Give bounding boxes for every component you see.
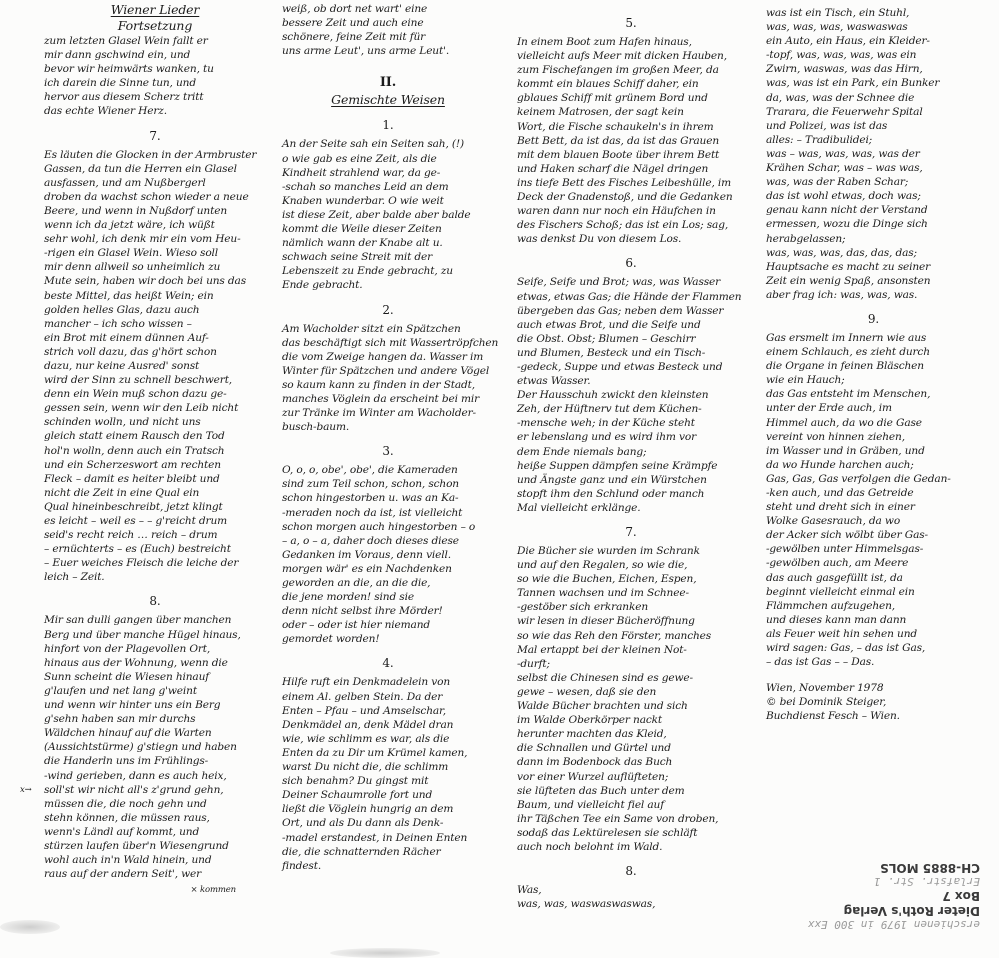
text-line: mir denn allweil so unheimlich zu [44, 260, 266, 274]
text-line: Gedanken im Voraus, denn viell. [282, 548, 494, 562]
text-line: hervor aus diesem Scherz tritt [44, 90, 266, 104]
text-line: bessere Zeit und auch eine [282, 16, 494, 30]
verse-block: An der Seite sah ein Seiten sah, (!)o wi… [282, 137, 494, 292]
text-line: ein Brot mit einem dünnen Auf- [44, 331, 266, 345]
text-line: stürzen laufen über'n Wiesengrund [44, 839, 266, 853]
text-line: Der Hausschuh zwickt den kleinsten [517, 388, 745, 402]
text-line: -wind gerieben, dann es auch heix, [44, 769, 266, 783]
section-heading: Gemischte Weisen [282, 92, 494, 108]
text-line: Bett Bett, da ist das, da ist das Grauen [517, 134, 745, 148]
text-line: wir lesen in dieser Bücheröffnung [517, 614, 745, 628]
text-line: ermessen, wozu die Dinge sich [766, 217, 981, 231]
text-line: leich – Zeit. [44, 570, 266, 584]
verse-block: In einem Boot zum Hafen hinaus,vielleich… [517, 35, 745, 246]
text-line: Was, [517, 883, 745, 897]
text-line: wird sagen: Gas, – das ist Gas, [766, 641, 981, 655]
text-line: Mir san dulli gangen über manchen [44, 613, 266, 627]
text-line: Wort, die Fische schaukeln's in ihrem [517, 120, 745, 134]
text-line: Lebenszeit zu Ende gebracht, zu [282, 264, 494, 278]
text-line: Mute sein, haben wir doch bei uns das [44, 274, 266, 288]
text-line: alles: – Tradibulidei; [766, 133, 981, 147]
text-line: raus auf der andern Seit', wer [44, 867, 266, 881]
text-line: Gassen, da tun die Herren ein Glasel [44, 162, 266, 176]
text-line: als Feuer weit hin sehen und [766, 627, 981, 641]
text-line: ist diese Zeit, aber balde aber balde [282, 208, 494, 222]
text-line: g'laufen und net lang g'weint [44, 684, 266, 698]
text-line: mancher – ich scho wissen – [44, 317, 266, 331]
text-line: was, was der Raben Schar; [766, 175, 981, 189]
text-line: Seife, Seife und Brot; was, was Wasser [517, 275, 745, 289]
text-line: hinfort von der Plagevollen Ort, [44, 642, 266, 656]
text-line: strich voll dazu, das g'hört schon [44, 345, 266, 359]
text-line: -gestöber sich erkranken [517, 600, 745, 614]
verse-block: Hilfe ruft ein Denkmadelein voneinem Al.… [282, 675, 494, 872]
text-line: was, was ist ein Park, ein Bunker [766, 76, 981, 90]
text-line: ich darein die Sinne tun, und [44, 76, 266, 90]
text-line: die vom Zweige hangen da. Wasser im [282, 350, 494, 364]
text-line: was – was, was, was, was der [766, 147, 981, 161]
text-line: uns arme Leut', uns arme Leut'. [282, 44, 494, 58]
text-line: was, was, waswaswaswas, [517, 897, 745, 911]
text-line: etwas, etwas Gas; die Hände der Flammen [517, 290, 745, 304]
text-line: ließt die Vöglein hungrig an dem [282, 802, 494, 816]
text-line: Mal vielleicht erklänge. [517, 501, 745, 515]
text-line: stehn können, die müssen raus, [44, 811, 266, 825]
text-line: Zeh, der Hüftnerv tut dem Küchen- [517, 402, 745, 416]
section-subheading: Fortsetzung [44, 18, 266, 34]
column-4: was ist ein Tisch, ein Stuhl,was, was, w… [766, 6, 981, 724]
text-line: was ist ein Tisch, ein Stuhl, [766, 6, 981, 20]
text-line: Enten – Pfau – und Amselschar, [282, 704, 494, 718]
text-line: das Gas entsteht im Menschen, [766, 387, 981, 401]
text-line: Tannen wachsen und im Schnee- [517, 586, 745, 600]
text-line: hol'n wolln, denn auch ein Tratsch [44, 444, 266, 458]
part-numeral: II. [282, 76, 494, 90]
scan-smudge [330, 948, 440, 958]
text-line: Zeit ein wenig Spaß, ansonsten [766, 274, 981, 288]
signature-block: Wien, November 1978© bei Dominik Steiger… [766, 681, 981, 723]
text-line: Sunn scheint die Wiesen hinauf [44, 670, 266, 684]
text-line: busch-baum. [282, 420, 494, 434]
text-line: sehr wohl, ich denk mir ein vom Heu- [44, 232, 266, 246]
text-line: -durft; [517, 657, 745, 671]
text-line: wenn's Ländl auf kommt, und [44, 825, 266, 839]
text-line: und Blumen, Besteck und ein Tisch- [517, 346, 745, 360]
text-line: – a, o – a, daher doch dieses diese [282, 534, 494, 548]
text-line: und auf den Regalen, so wie die, [517, 558, 745, 572]
poem-number: 8. [517, 863, 745, 879]
poem-number: 8. [44, 593, 266, 609]
text-line: (Aussichtstürme) g'stiegn und haben [44, 740, 266, 754]
text-line: kommt ein blaues Schiff daher, ein [517, 77, 745, 91]
text-line: schinden wolln, und nicht uns [44, 415, 266, 429]
poem-number: 1. [282, 117, 494, 133]
text-line: weiß, ob dort net wart' eine [282, 2, 494, 16]
text-line: die Organe in feinen Bläschen [766, 359, 981, 373]
text-line: Krähen Schar, was – was was, [766, 161, 981, 175]
text-line: Beere, und wenn in Nußdorf unten [44, 204, 266, 218]
text-line: sie lüfteten das Buch unter dem [517, 784, 745, 798]
text-line: gessen sein, wenn wir den Leib nicht [44, 401, 266, 415]
text-line: Winter für Spätzchen und andere Vögel [282, 364, 494, 378]
text-line: An der Seite sah ein Seiten sah, (!) [282, 137, 494, 151]
margin-mark: x→ [20, 783, 32, 797]
text-line: Wien, November 1978 [766, 681, 981, 695]
text-line: und Haken scharf die Nägel dringen [517, 162, 745, 176]
text-line: herunter machten das Kleid, [517, 727, 745, 741]
text-line: einem Schlauch, es zieht durch [766, 345, 981, 359]
text-line: Walde Bücher brachten und sich [517, 699, 745, 713]
text-line: Flämmchen aufzugehen, [766, 599, 981, 613]
text-line: -madel erstandest, in Deinen Enten [282, 831, 494, 845]
text-line: Gas ersmelt im Innern wie aus [766, 331, 981, 345]
text-line: was, was, was, waswaswas [766, 20, 981, 34]
text-line: Deiner Schaumrolle fort und [282, 788, 494, 802]
text-line: -topf, was, was, was, was ein [766, 48, 981, 62]
verse-block: Mir san dulli gangen über manchenBerg un… [44, 613, 266, 881]
text-line: schon hingestorben u. was an Ka- [282, 491, 494, 505]
text-line: was denkst Du von diesem Los. [517, 232, 745, 246]
text-line: und Polizei, was ist das [766, 119, 981, 133]
text-line: o wie gab es eine Zeit, als die [282, 152, 494, 166]
text-line: – das ist Gas – – Das. [766, 655, 981, 669]
verse-block: O, o, o, obe', obe', die Kameradensind z… [282, 463, 494, 646]
text-line: es leicht – weil es – – g'reicht drum [44, 514, 266, 528]
text-line: – ernüchterts – es (Euch) bestreicht [44, 542, 266, 556]
text-line: beginnt vielleicht einmal ein [766, 585, 981, 599]
text-line: das ist wohl etwas, doch was; [766, 189, 981, 203]
text-line: etwas Wasser. [517, 374, 745, 388]
text-line: Ende gebracht. [282, 278, 494, 292]
text-line: Am Wacholder sitzt ein Spätzchen [282, 322, 494, 336]
text-line: auch noch belohnt im Wald. [517, 840, 745, 854]
text-line: seid's recht reich … reich – drum [44, 528, 266, 542]
text-line: dazu, nur keine Ausred' sonst [44, 359, 266, 373]
text-line: dem Ende niemals bang; [517, 445, 745, 459]
text-line: mir dann gschwind ein, und [44, 48, 266, 62]
text-line: geworden an die, an die die, [282, 576, 494, 590]
text-line: des Fischers Schoß; das ist ein Los; sag… [517, 218, 745, 232]
stamp-postcode-town: CH-8885 MOLS [780, 860, 980, 875]
verse-block: zum letzten Glasel Wein fallt ermir dann… [44, 34, 266, 119]
poem-number: 7. [44, 128, 266, 144]
text-line: Wäldchen hinauf auf die Warten [44, 726, 266, 740]
stamp-pencil-address: Erlafstr. Str. 1 [780, 875, 980, 888]
text-line: das beschäftigt sich mit Wassertröpfchen [282, 336, 494, 350]
text-line: ins tiefe Bett des Fisches Leibeshülle, … [517, 176, 745, 190]
text-line: Ort, und als Du dann als Denk- [282, 816, 494, 830]
text-line: Himmel auch, da wo die Gase [766, 416, 981, 430]
text-line: zum Fischefangen im großen Meer, da [517, 63, 745, 77]
text-line: schwach seine Streit mit der [282, 250, 494, 264]
text-line: selbst die Chinesen sind es gewe- [517, 671, 745, 685]
text-line: so kaum kann zu finden in der Stadt, [282, 378, 494, 392]
text-line: Kindheit strahlend war, da ge- [282, 166, 494, 180]
text-line: das auch gasgefüllt ist, da [766, 571, 981, 585]
text-line: manches Vöglein da erscheint bei mir [282, 392, 494, 406]
text-line: die jene morden! sind sie [282, 590, 494, 604]
text-line: vor einer Wurzel auflüfteten; [517, 770, 745, 784]
footnote: × kommen [44, 883, 266, 897]
text-line: die, die schnatternden Rächer [282, 845, 494, 859]
text-line: -gewölben auch, am Meere [766, 556, 981, 570]
text-line: so wie das Reh den Förster, manches [517, 629, 745, 643]
text-line: findest. [282, 859, 494, 873]
text-line: O, o, o, obe', obe', die Kameraden [282, 463, 494, 477]
text-line: Trarara, die Feuerwehr Spital [766, 105, 981, 119]
text-line: und wenn wir hinter uns ein Berg [44, 698, 266, 712]
text-line: sind zum Teil schon, schon, schon [282, 477, 494, 491]
text-line: wird der Sinn zu schnell beschwert, [44, 373, 266, 387]
text-line: zur Tränke im Winter am Wacholder- [282, 406, 494, 420]
poem-number: 4. [282, 655, 494, 671]
text-line: und ein Scherzeswort am rechten [44, 458, 266, 472]
text-line: was, was, was, das, das, das; [766, 246, 981, 260]
text-line: aber frag ich: was, was, was. [766, 288, 981, 302]
text-line: schon morgen auch hingestorben – o [282, 520, 494, 534]
verse-block: Seife, Seife und Brot; was, was Wasseret… [517, 275, 745, 515]
text-line: er lebenslang und es wird ihm vor [517, 430, 745, 444]
text-line: die Schnallen und Gürtel und [517, 741, 745, 755]
poem-number: 6. [517, 255, 745, 271]
text-line: Es läuten die Glocken in der Armbruster [44, 148, 266, 162]
column-3: 5.In einem Boot zum Hafen hinaus,viellei… [517, 6, 745, 911]
text-line: wenn ich da jetzt wäre, ich wüßt [44, 218, 266, 232]
text-line: müssen die, die noch gehn und [44, 797, 266, 811]
text-line: – Euer weiches Fleisch die leiche der [44, 556, 266, 570]
text-line: gewe – wesen, daß sie den [517, 685, 745, 699]
text-line: -meraden noch da ist, ist vielleicht [282, 506, 494, 520]
text-line: Enten da zu Dir um Krümel kamen, [282, 746, 494, 760]
text-line: und dieses kann man dann [766, 613, 981, 627]
text-line: morgen wär' es ein Nachdenken [282, 562, 494, 576]
text-line: beste Mittel, das heißt Wein; ein [44, 289, 266, 303]
text-line: -mensche weh; in der Küche steht [517, 416, 745, 430]
text-line: Berg und über manche Hügel hinaus, [44, 628, 266, 642]
text-line: -gewölben unter Himmelsgas- [766, 542, 981, 556]
text-line: keinem Matrosen, der sagt kein [517, 105, 745, 119]
text-line: vereint von hinnen ziehen, [766, 430, 981, 444]
section-heading: Wiener Lieder [44, 2, 266, 18]
text-line: In einem Boot zum Hafen hinaus, [517, 35, 745, 49]
text-line: Die Bücher sie wurden im Schrank [517, 544, 745, 558]
text-line: mit dem blauen Boote über ihrem Bett [517, 148, 745, 162]
text-line: Deck der Gnadenstoß, und die Gedanken [517, 190, 745, 204]
text-line: warst Du nicht die, die schlimm [282, 760, 494, 774]
stamp-publisher-name: Dieter Roth's Verlag [780, 903, 980, 918]
text-line: übergeben das Gas; neben dem Wasser [517, 304, 745, 318]
publisher-stamp: erschienen 1979 in 300 Exx Dieter Roth's… [780, 860, 980, 931]
text-line: soll'st wir nicht all's z'grund gehn, [44, 783, 266, 797]
column-1: Wiener LiederFortsetzungzum letzten Glas… [44, 2, 266, 897]
text-line: wie, wie schlimm es war, als die [282, 732, 494, 746]
text-line: -ken auch, und das Getreide [766, 486, 981, 500]
poem-number: 3. [282, 443, 494, 459]
text-line: hinaus aus der Wohnung, wenn die [44, 656, 266, 670]
scan-smudge [0, 920, 60, 934]
text-line: Mal ertappt bei der kleinen Not- [517, 643, 745, 657]
text-line: nicht die Zeit in eine Qual ein [44, 486, 266, 500]
text-line: nämlich wann der Knabe alt u. [282, 236, 494, 250]
poem-number: 9. [766, 311, 981, 327]
text-line: da wo Hunde harchen auch; [766, 458, 981, 472]
text-line: Denkmädel an, denk Mädel dran [282, 718, 494, 732]
text-line: im Walde Oberkörper nackt [517, 713, 745, 727]
text-line: schönere, feine Zeit mit für [282, 30, 494, 44]
text-line: Baum, und vielleicht fiel auf [517, 798, 745, 812]
text-line: sodaß das Lektürelesen sie schläft [517, 826, 745, 840]
text-line: © bei Dominik Steiger, [766, 695, 981, 709]
text-line: denn nicht selbst ihre Mörder! [282, 604, 494, 618]
text-line: heiße Suppen dämpfen seine Krämpfe [517, 459, 745, 473]
verse-block: Gas ersmelt im Innern wie auseinem Schla… [766, 331, 981, 669]
text-line: bevor wir heimwärts wanken, tu [44, 62, 266, 76]
text-line: waren dann nur noch ein Häufchen in [517, 204, 745, 218]
text-line: Qual hineinbeschreibt, jetzt klingt [44, 500, 266, 514]
verse-block: was ist ein Tisch, ein Stuhl,was, was, w… [766, 6, 981, 302]
text-line: zum letzten Glasel Wein fallt er [44, 34, 266, 48]
text-line: Hauptsache es macht zu seiner [766, 260, 981, 274]
text-line: g'sehn haben san mir durchs [44, 712, 266, 726]
text-line: sich benahm? Du gingst mit [282, 774, 494, 788]
text-line: auch etwas Brot, und die Seife und [517, 318, 745, 332]
text-line: steht und dreht sich in einer [766, 500, 981, 514]
text-line: und Ängste ganz und ein Würstchen [517, 473, 745, 487]
stamp-box: Box 7 [780, 888, 980, 903]
verse-block: weiß, ob dort net wart' einebessere Zeit… [282, 2, 494, 58]
text-line: Hilfe ruft ein Denkmadelein von [282, 675, 494, 689]
verse-block: Die Bücher sie wurden im Schrankund auf … [517, 544, 745, 854]
text-line: der Acker sich wölbt über Gas- [766, 528, 981, 542]
verse-block: Am Wacholder sitzt ein Spätzchendas besc… [282, 322, 494, 435]
text-line: dann im Bodenbock das Buch [517, 755, 745, 769]
handwritten-manuscript-page: Wiener LiederFortsetzungzum letzten Glas… [0, 0, 999, 958]
text-line: gblaues Schiff mit grünem Bord und [517, 91, 745, 105]
text-line: Buchdienst Fesch – Wien. [766, 709, 981, 723]
column-2: weiß, ob dort net wart' einebessere Zeit… [282, 2, 494, 873]
text-line: vielleicht aufs Meer mit dicken Hauben, [517, 49, 745, 63]
text-line: wohl auch in'n Wald hinein, und [44, 853, 266, 867]
text-line: Wolke Gasesrauch, da wo [766, 514, 981, 528]
text-line: unter der Erde auch, im [766, 401, 981, 415]
stamp-pencil-edition-note: erschienen 1979 in 300 Exx [780, 918, 980, 931]
text-line: Fleck – damit es heiter bleibt und [44, 472, 266, 486]
verse-block: Es läuten die Glocken in der ArmbrusterG… [44, 148, 266, 585]
text-line: stopft ihm den Schlund oder manch [517, 487, 745, 501]
text-line: so wie die Buchen, Eichen, Espen, [517, 572, 745, 586]
text-line: ausfassen, und am Nußbergerl [44, 176, 266, 190]
text-line: -rigen ein Glasel Wein. Wieso soll [44, 246, 266, 260]
text-line: denn ein Wein muß schon dazu ge- [44, 387, 266, 401]
text-line: genau kann nicht der Verstand [766, 203, 981, 217]
text-line: Zwirn, waswas, was das Hirn, [766, 62, 981, 76]
text-line: herabgelassen; [766, 232, 981, 246]
text-line: im Wasser und in Gräben, und [766, 444, 981, 458]
text-line: golden helles Glas, dazu auch [44, 303, 266, 317]
text-line: -gedeck, Suppe und etwas Besteck und [517, 360, 745, 374]
text-line: -schah so manches Leid an dem [282, 180, 494, 194]
text-line: Knaben wunderbar. O wie weit [282, 194, 494, 208]
verse-block: Was,was, was, waswaswaswas, [517, 883, 745, 911]
text-line: droben da wachst schon wieder a neue [44, 190, 266, 204]
text-line: gemordet worden! [282, 632, 494, 646]
text-line: die Obst. Obst; Blumen – Geschirr [517, 332, 745, 346]
poem-number: 7. [517, 524, 745, 540]
text-line: die Handerln uns im Frühlings- [44, 754, 266, 768]
text-line: ihr Täßchen Tee ein Same von droben, [517, 812, 745, 826]
text-line: einem Al. gelben Stein. Da der [282, 690, 494, 704]
text-line: Gas, Gas, Gas verfolgen die Gedan- [766, 472, 981, 486]
text-line: oder – oder ist hier niemand [282, 618, 494, 632]
poem-number: 2. [282, 302, 494, 318]
text-line: ein Auto, ein Haus, ein Kleider- [766, 34, 981, 48]
text-line: gleich statt einem Rausch den Tod [44, 429, 266, 443]
poem-number: 5. [517, 15, 745, 31]
text-line: da, was, was der Schnee die [766, 91, 981, 105]
text-line: kommt die Weile dieser Zeiten [282, 222, 494, 236]
text-line: wie ein Hauch; [766, 373, 981, 387]
text-line: das echte Wiener Herz. [44, 104, 266, 118]
